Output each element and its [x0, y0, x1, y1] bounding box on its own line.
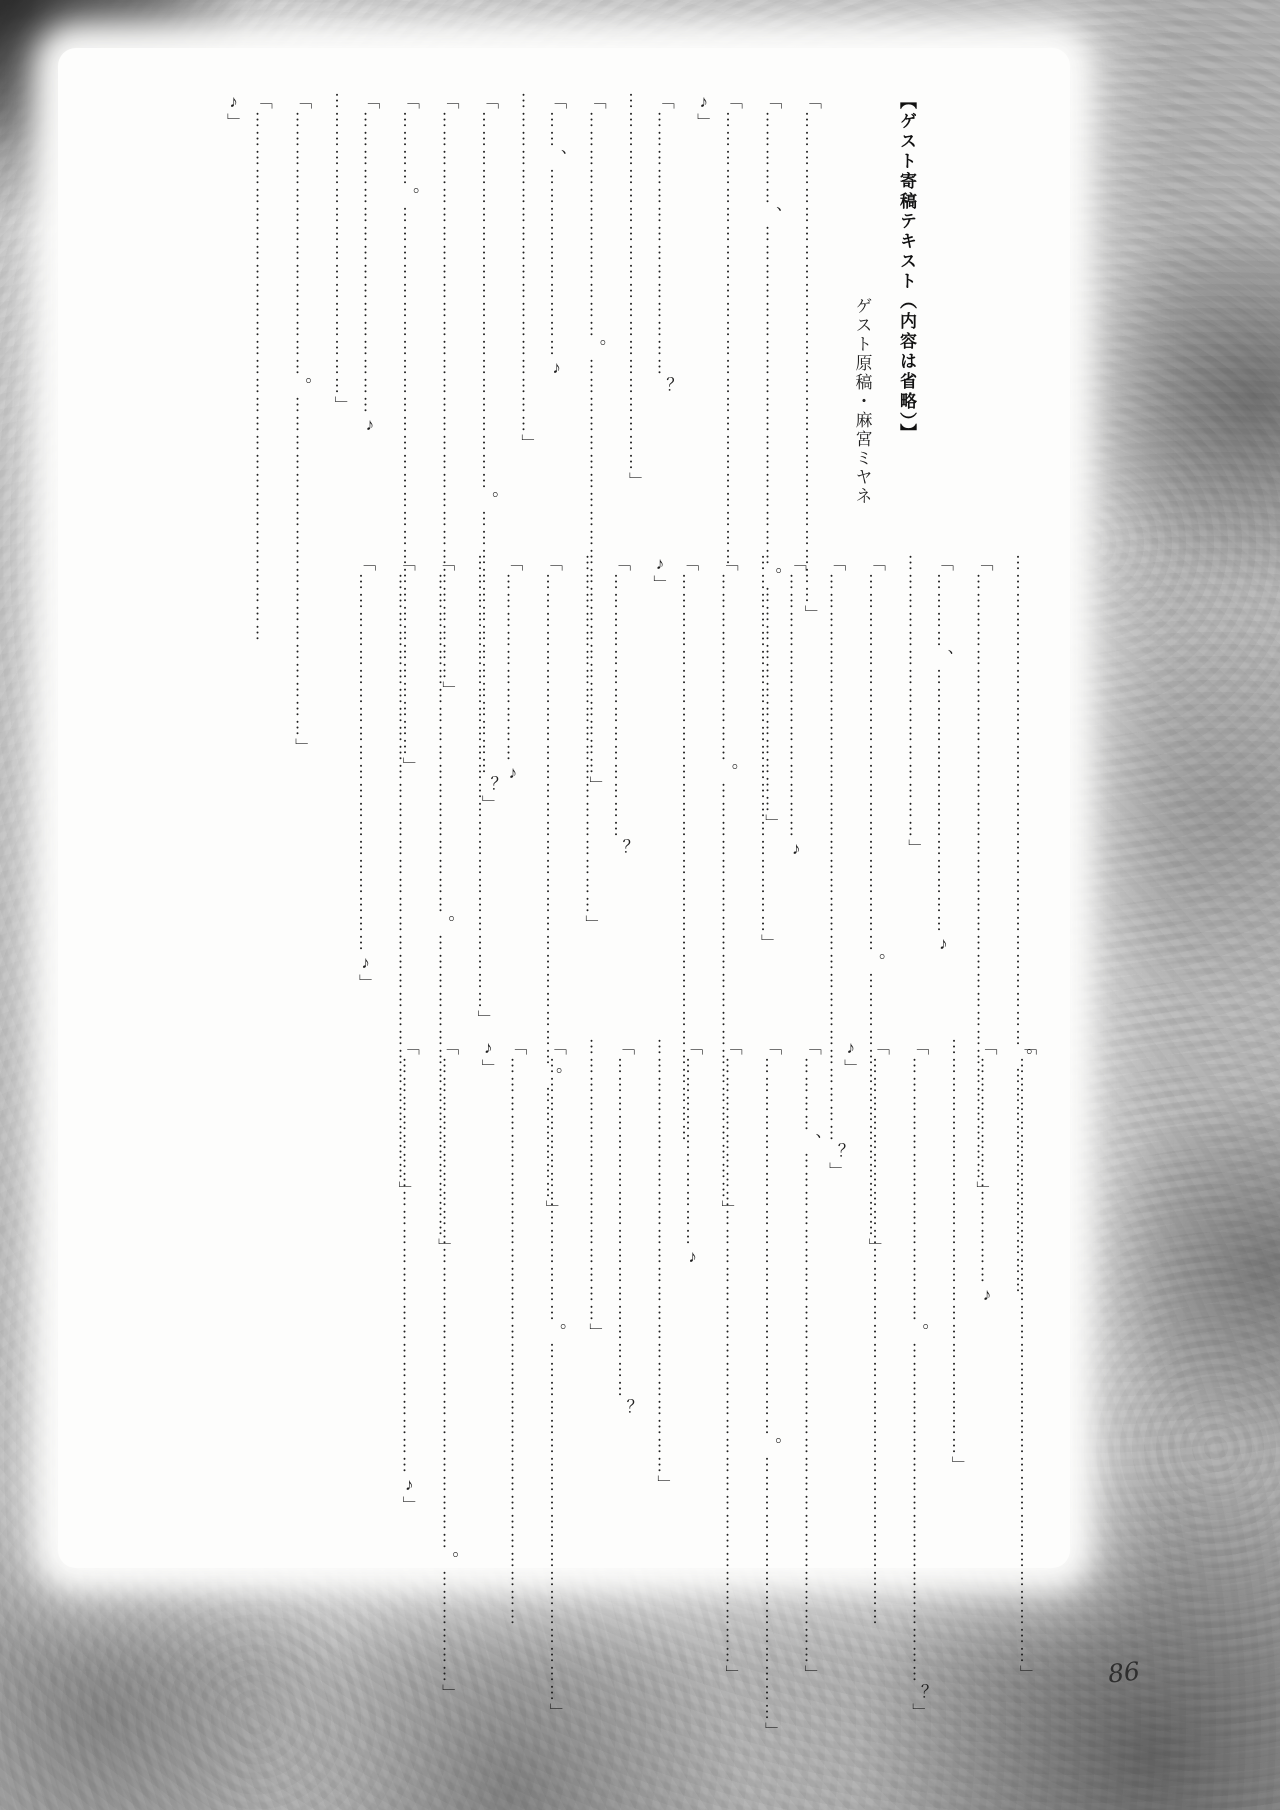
text-band-middle: ……………………………………………………………………。………………………………「… [84, 554, 1036, 1030]
text-paragraph: 「……………………………………。………………………………………………」 [287, 92, 316, 534]
text-paragraph: 「…………、……………………………………♪ ………………………………………」 [900, 554, 957, 1030]
text-paragraph: 「…………………………………………………………………………♪」 [219, 92, 276, 534]
text-paragraph: 「……………………………………………………………………………………」 [390, 554, 419, 1030]
text-paragraph: 「……………………………………………………。……………………………………」 [860, 554, 889, 1030]
text-paragraph: 「………………………………………………。…………………………………………」 [430, 554, 459, 1030]
text-paragraph: 「………………………………。…………………………………………………………」 [581, 92, 610, 534]
text-paragraph: 「……………………………………。………………………………………………？」 [904, 1038, 933, 1532]
text-paragraph: 「…………………………………………♪ …………………………………………」 [326, 92, 383, 534]
text-paragraph: 「……、…………………………♪ ………………………………………………」 [513, 92, 570, 534]
text-paragraph: 「……………………………………………………♪」 [351, 554, 380, 1030]
text-paragraph: 「……………………………………？ …………………………………………………」 [577, 554, 634, 1030]
text-paragraph: 「………………………………………………………………………………♪」 [836, 1038, 893, 1532]
text-paragraph: 「……………………………………………………………………。………………」 [434, 1038, 463, 1532]
text-band-bottom: 「……………………………………………………………………………………」「……………… [110, 1038, 1040, 1532]
text-paragraph: 「……………………………………………………。……………………………………？」 [473, 92, 502, 534]
text-paragraph: 「…………………………………………………………♪」 [394, 1038, 423, 1532]
text-paragraph: 「………………………………♪ …………………………………………………………」 [943, 1038, 1000, 1532]
text-paragraph: 「…………………………♪ ………………………………………………………………」 [469, 554, 526, 1030]
text-paragraph: 「………………………………………………………………♪」 [689, 92, 746, 534]
text-paragraph: 「………………………………………………………………………………♪」 [645, 554, 702, 1030]
text-paragraph: 「……………………………………………………………………」 [796, 92, 825, 534]
text-paragraph: 「……………………………………♪ ……………………………………………………」 [753, 554, 810, 1030]
text-paragraph: 「……………………………………………………………………………………」 [968, 554, 997, 1030]
text-band-top: 【ゲスト寄稿テキスト（内容は省略）】 ゲスト原稿・麻宮ミヤネ 「……………………… [84, 92, 920, 534]
text-paragraph: 「………………………………………………？ ………………………………………」 [581, 1038, 638, 1532]
text-paragraph: 「………………………………………………………………………………」 [434, 92, 463, 534]
text-paragraph: 「…………、………………………………………………………………………」 [796, 1038, 825, 1532]
scanned-page: { "page": { "page_number": "86", "header… [0, 0, 1280, 1810]
text-paragraph: 「……………………………………………………………………。………………」 [537, 554, 566, 1030]
text-paragraph: ……………………………………………………………………。……………………………… [1007, 554, 1036, 1030]
page-title: 【ゲスト寄稿テキスト（内容は省略）】 [891, 92, 920, 534]
page-number: 86 [1107, 1656, 1142, 1688]
text-paragraph: 「………………………………………………………………………………♪」 [473, 1038, 530, 1532]
text-paragraph: 「……………………………………………………………………………………」 [1011, 1038, 1040, 1532]
text-paragraph: 「……………………………………？ ……………………………………………………」 [621, 92, 678, 534]
text-paragraph: 「…………………………。…………………………………………………………」 [713, 554, 742, 1030]
text-paragraph: 「…………。……………………………………………………………………………」 [394, 92, 423, 534]
text-paragraph: 「……………………………………………………。……………………………………」 [757, 1038, 786, 1532]
text-paragraph: 「……………、………………………………………………。………………………………」 [757, 92, 786, 534]
text-paragraph: 「……………………………………………………………………………………」 [717, 1038, 746, 1532]
text-paragraph: 「……………………………………。…………………………………………………」 [541, 1038, 570, 1532]
guest-credit: ゲスト原稿・麻宮ミヤネ [847, 92, 876, 534]
text-paragraph: 「…………………………♪ ……………………………………………………………」 [649, 1038, 706, 1532]
page-surface: 【ゲスト寄稿テキスト（内容は省略）】 ゲスト原稿・麻宮ミヤネ 「……………………… [58, 48, 1070, 1568]
text-paragraph: 「………………………………………………………………………………？」 [821, 554, 850, 1030]
